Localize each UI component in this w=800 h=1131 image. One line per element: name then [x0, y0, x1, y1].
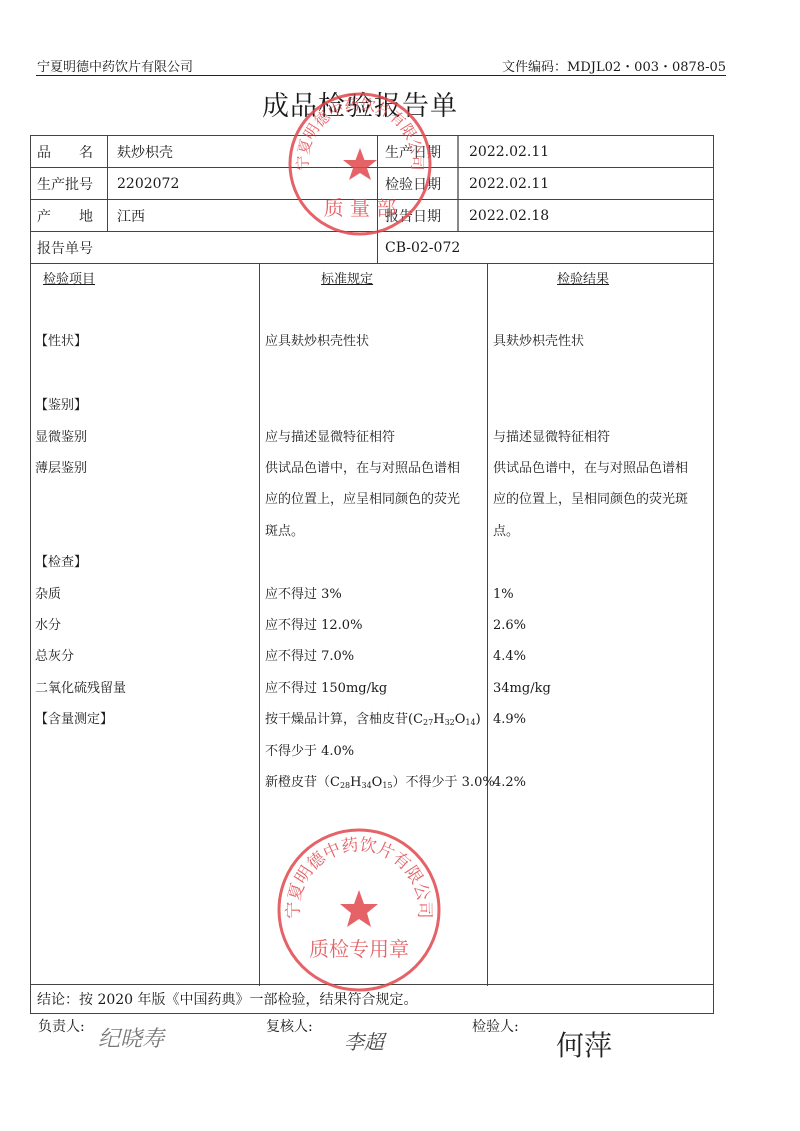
result-so2: 34mg/kg — [493, 681, 551, 697]
item-ash: 总灰分 — [35, 649, 74, 665]
result-microscopic: 与描述显微特征相符 — [493, 430, 610, 446]
item-microscopic: 显微鉴别 — [35, 430, 87, 446]
column-header-result: 检验结果 — [557, 272, 609, 288]
item-so2: 二氧化硫残留量 — [35, 681, 126, 697]
result-neohesperidin: 4.2% — [493, 775, 526, 791]
report-table: 品 名 麸炒枳壳 生产日期 2022.02.11 生产批号 2202072 检验… — [30, 135, 714, 1014]
reviewer-label: 复核人: — [266, 1016, 313, 1036]
inspector-label: 检验人: — [472, 1016, 519, 1036]
standard-naringin-line2: 不得少于 4.0% — [265, 744, 354, 760]
test-results-area: 检验项目 标准规定 检验结果 【性状】 应具麸炒枳壳性状 具麸炒枳壳性状 【鉴别… — [31, 264, 713, 986]
column-header-standard: 标准规定 — [321, 272, 373, 288]
info-row-batch: 生产批号 2202072 检验日期 2022.02.11 — [31, 168, 713, 200]
standard-microscopic: 应与描述显微特征相符 — [265, 430, 395, 446]
product-name-value: 麸炒枳壳 — [111, 136, 173, 167]
company-name: 宁夏明德中药饮片有限公司 — [37, 56, 193, 75]
report-date-label: 报告日期 — [379, 200, 441, 231]
info-row-name: 品 名 麸炒枳壳 生产日期 2022.02.11 — [31, 136, 713, 168]
production-date-label: 生产日期 — [379, 136, 441, 167]
reviewer-signature: 李超 — [344, 1026, 384, 1055]
header-divider — [36, 75, 726, 76]
report-number-label: 报告单号 — [31, 232, 93, 263]
document-code: 文件编码：MDJL02・003・0878-05 — [502, 56, 726, 75]
item-assay: 【含量测定】 — [35, 712, 113, 728]
batch-value: 2202072 — [111, 168, 179, 199]
result-naringin: 4.9% — [493, 712, 526, 728]
standard-tlc-line2: 应的位置上，应呈相同颜色的荧光 — [265, 492, 460, 508]
standard-impurity: 应不得过 3% — [265, 587, 342, 603]
production-date-value: 2022.02.11 — [463, 136, 549, 167]
inspector-signature: 何萍 — [556, 1024, 612, 1064]
test-date-value: 2022.02.11 — [463, 168, 549, 199]
test-date-label: 检验日期 — [379, 168, 441, 199]
origin-label: 产 地 — [31, 200, 107, 231]
responsible-signature: 纪晓寿 — [98, 1022, 164, 1053]
result-moisture: 2.6% — [493, 618, 526, 634]
conclusion: 结论：按 2020 年版《中国药典》一部检验，结果符合规定。 — [31, 984, 713, 1013]
item-tlc: 薄层鉴别 — [35, 461, 87, 477]
page-title: 成品检验报告单 — [0, 84, 720, 123]
standard-moisture: 应不得过 12.0% — [265, 618, 362, 634]
standard-appearance: 应具麸炒枳壳性状 — [265, 334, 369, 350]
standard-ash: 应不得过 7.0% — [265, 649, 354, 665]
responsible-label: 负责人: — [38, 1016, 85, 1036]
result-ash: 4.4% — [493, 649, 526, 665]
result-tlc-line3: 点。 — [493, 524, 519, 540]
item-impurity: 杂质 — [35, 587, 61, 603]
column-header-item: 检验项目 — [43, 272, 95, 288]
item-appearance: 【性状】 — [35, 334, 87, 350]
result-tlc-line2: 应的位置上，呈相同颜色的荧光斑 — [493, 492, 688, 508]
batch-label: 生产批号 — [31, 168, 107, 199]
result-tlc-line1: 供试品色谱中，在与对照品色谱相 — [493, 461, 688, 477]
product-name-label: 品 名 — [31, 136, 107, 167]
standard-neohesperidin: 新橙皮苷（C28H34O15）不得少于 3.0% — [265, 775, 495, 794]
item-moisture: 水分 — [35, 618, 61, 634]
standard-tlc-line3: 斑点。 — [265, 524, 304, 540]
report-number-value: CB-02-072 — [379, 232, 460, 263]
standard-naringin-line1: 按干燥品计算，含柚皮苷(C27H32O14) — [265, 712, 481, 731]
origin-value: 江西 — [111, 200, 145, 231]
item-identification: 【鉴别】 — [35, 398, 87, 414]
result-appearance: 具麸炒枳壳性状 — [493, 334, 584, 350]
info-row-report-no: 报告单号 CB-02-072 — [31, 232, 713, 264]
standard-tlc-line1: 供试品色谱中，在与对照品色谱相 — [265, 461, 460, 477]
result-impurity: 1% — [493, 587, 514, 603]
report-date-value: 2022.02.18 — [463, 200, 549, 231]
standard-so2: 应不得过 150mg/kg — [265, 681, 387, 697]
info-row-origin: 产 地 江西 报告日期 2022.02.18 — [31, 200, 713, 232]
item-inspection: 【检查】 — [35, 555, 87, 571]
